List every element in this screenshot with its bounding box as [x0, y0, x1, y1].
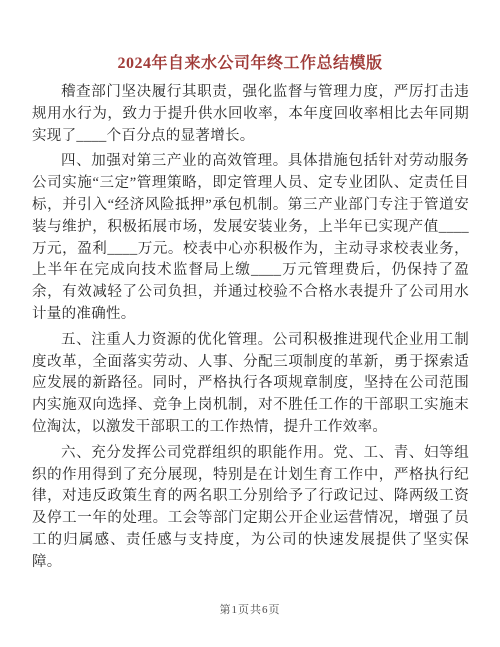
- paragraph-inspection-summary: 稽查部门坚决履行其职责，强化监督与管理力度，严厉打击违规用水行为，致力于提升供水…: [32, 82, 469, 147]
- paragraph-section-four: 四、加强对第三产业的高效管理。具体措施包括针对劳动服务公司实施“三定”管理策略，…: [32, 151, 469, 325]
- paragraph-section-five: 五、注重人力资源的优化管理。公司积极推进现代企业用工制度改革，全面落实劳动、人事…: [32, 330, 469, 439]
- document-page: 2024年自来水公司年终工作总结模版 稽查部门坚决履行其职责，强化监督与管理力度…: [0, 0, 500, 647]
- page-title: 2024年自来水公司年终工作总结模版: [0, 0, 500, 73]
- document-body: 稽查部门坚决履行其职责，强化监督与管理力度，严厉打击违规用水行为，致力于提升供水…: [32, 82, 469, 574]
- page-number: 第1页共6页: [0, 601, 500, 617]
- paragraph-section-six: 六、充分发挥公司党群组织的职能作用。党、工、青、妇等组织的作用得到了充分展现，特…: [32, 443, 469, 574]
